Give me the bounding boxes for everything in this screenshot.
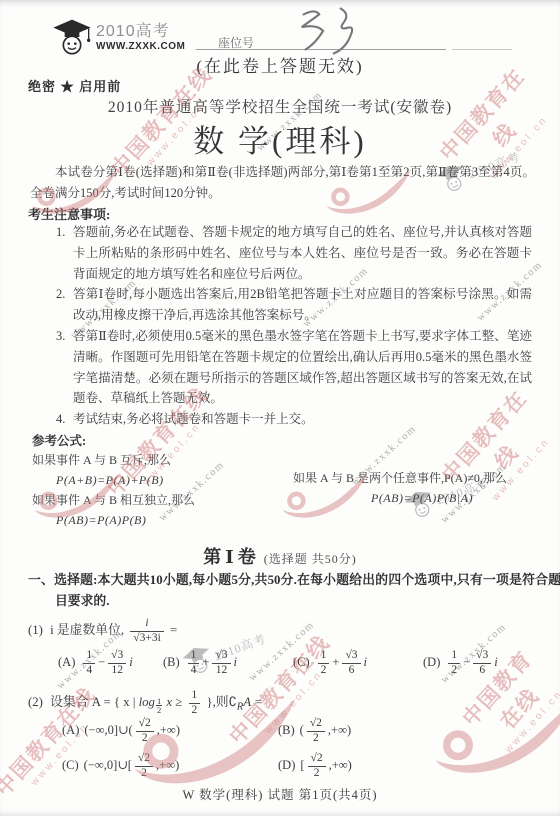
- section1-heading: 第Ⅰ卷 (选择题 共50分): [0, 543, 560, 569]
- logo-brand-text: 2010高考: [96, 18, 185, 41]
- notice-item-text: 考试结束,务必将试题卷和答题卡一并上交。: [73, 409, 314, 430]
- formula-heading: 参考公式:: [32, 431, 86, 449]
- notice-item-4: 4. 考试结束,务必将试题卷和答题卡一并上交。: [56, 409, 532, 430]
- section1-subtitle: (选择题 共50分): [264, 552, 357, 566]
- fraction: √22: [135, 753, 153, 779]
- fraction: 14: [188, 650, 200, 676]
- answer-invalid-notice: (在此卷上答题无效): [0, 52, 560, 77]
- fraction: 14: [83, 650, 95, 676]
- fraction: 12: [318, 650, 330, 676]
- question-1-options: (A)14−√312i (B)14+√312i (C)12+√36i (D)12…: [0, 650, 560, 686]
- notice-item-1: 1. 答题前,务必在试题卷、答题卡规定的地方填写自己的姓名、座位号,并认真核对答…: [56, 222, 532, 284]
- fraction: √36: [473, 650, 491, 676]
- fraction: √312: [108, 650, 126, 676]
- fraction: √22: [136, 718, 154, 744]
- section1-title: 第Ⅰ卷: [203, 547, 259, 567]
- option-C: (C)12+√36i: [293, 650, 367, 676]
- question-1-stem: (1) i 是虚数单位, i√3+3i =: [28, 618, 177, 644]
- notice-item-number: 2.: [56, 284, 73, 326]
- formula-math: P(A+B)=P(A)+P(B): [32, 470, 282, 490]
- notice-list: 1. 答题前,务必在试题卷、答题卡规定的地方填写自己的姓名、座位号,并认真核对答…: [56, 222, 532, 430]
- exam-title: 2010年普通高等学校招生全国统一考试(安徽卷): [0, 95, 560, 117]
- secrecy-label: 绝密 ★ 启用前: [28, 76, 121, 95]
- question-number: (2): [28, 695, 43, 709]
- formula-left-column: 如果事件 A 与 B 互斥,那么 P(A+B)=P(A)+P(B) 如果事件 A…: [32, 450, 282, 530]
- subject-title: 数 学(理科): [0, 116, 560, 161]
- formula-condition: 如果 A 与 B 是两个任意事件,P(A)≠0,那么: [293, 468, 551, 488]
- question-2-stem: (2) 设集合 A = { x | log12 x ≥ 12 },则∁RA =: [28, 690, 263, 716]
- question-2-options-row-2: (C)(−∞,0]∪[√22,+∞) (D)[√22,+∞): [0, 753, 560, 787]
- formula-math: P(AB)=P(A)P(B|A): [293, 488, 551, 508]
- formula-condition: 如果事件 A 与 B 相互独立,那么: [32, 490, 282, 510]
- option-D: (D)[√22,+∞): [278, 753, 352, 779]
- formula-math: P(AB)=P(A)P(B): [32, 510, 282, 530]
- question-text: i 是虚数单位,: [50, 623, 124, 637]
- option-A: (A)(−∞,0]∪(√22,+∞): [62, 718, 180, 744]
- formula-right-column: 如果 A 与 B 是两个任意事件,P(A)≠0,那么 P(AB)=P(A)P(B…: [293, 468, 551, 508]
- exam-intro-paragraph: 本试卷分第Ⅰ卷(选择题)和第Ⅱ卷(非选择题)两部分,第Ⅰ卷第1至第2页,第Ⅱ卷第…: [30, 162, 535, 203]
- scanned-exam-page: 2010高考 WWW.ZXXK.COM 座位号 (在此卷上答题无效) 绝密 ★ …: [0, 0, 560, 816]
- fraction: √36: [342, 650, 360, 676]
- formula-condition: 如果事件 A 与 B 互斥,那么: [32, 450, 282, 470]
- fraction: i√3+3i: [130, 618, 164, 644]
- option-B: (B)(√22,+∞): [278, 718, 351, 744]
- multiple-choice-instruction: 一、选择题:本大题共10小题,每小题5分,共50分.在每小题给出的四个选项中,只…: [28, 570, 560, 612]
- option-A: (A)14−√312i: [58, 650, 133, 676]
- log-base-fraction: 12: [156, 697, 162, 715]
- fraction: √22: [308, 753, 326, 779]
- notice-item-text: 答题前,务必在试题卷、答题卡规定的地方填写自己的姓名、座位号,并认真核对答题卡上…: [73, 222, 532, 284]
- logo-site-url: WWW.ZXXK.COM: [96, 41, 185, 52]
- question-number: (1): [28, 623, 43, 637]
- notice-item-number: 4.: [56, 409, 73, 430]
- notice-item-2: 2. 答第Ⅰ卷时,每小题选出答案后,用2B铅笔把答题卡上对应题目的答案标号涂黑。…: [56, 284, 532, 326]
- option-B: (B)14+√312i: [163, 650, 237, 676]
- fraction: √22: [307, 718, 325, 744]
- option-D: (D)12−√36i: [423, 650, 498, 676]
- fraction: 12: [448, 650, 460, 676]
- option-C: (C)(−∞,0]∪[√22,+∞): [62, 753, 179, 779]
- notice-item-3: 3. 答第Ⅱ卷时,必须使用0.5毫米的黑色墨水签字笔在答题卡上书写,要求字体工整…: [56, 326, 532, 409]
- notice-item-text: 答第Ⅰ卷时,每小题选出答案后,用2B铅笔把答题卡上对应题目的答案标号涂黑。如需改…: [73, 284, 532, 326]
- notice-item-number: 1.: [56, 222, 73, 284]
- question-2-options-row-1: (A)(−∞,0]∪(√22,+∞) (B)(√22,+∞): [0, 718, 560, 752]
- seat-number-blank-line-2: [452, 49, 512, 50]
- notice-item-text: 答第Ⅱ卷时,必须使用0.5毫米的黑色墨水签字笔在答题卡上书写,要求字体工整、笔迹…: [73, 326, 532, 409]
- fraction: 12: [189, 690, 201, 716]
- notice-item-number: 3.: [56, 326, 73, 409]
- page-footer: W 数学(理科) 试题 第1页(共4页): [0, 785, 560, 803]
- notice-heading: 考生注意事项:: [28, 204, 110, 223]
- handwriting-scribble: [288, 4, 366, 56]
- fraction: √312: [212, 650, 230, 676]
